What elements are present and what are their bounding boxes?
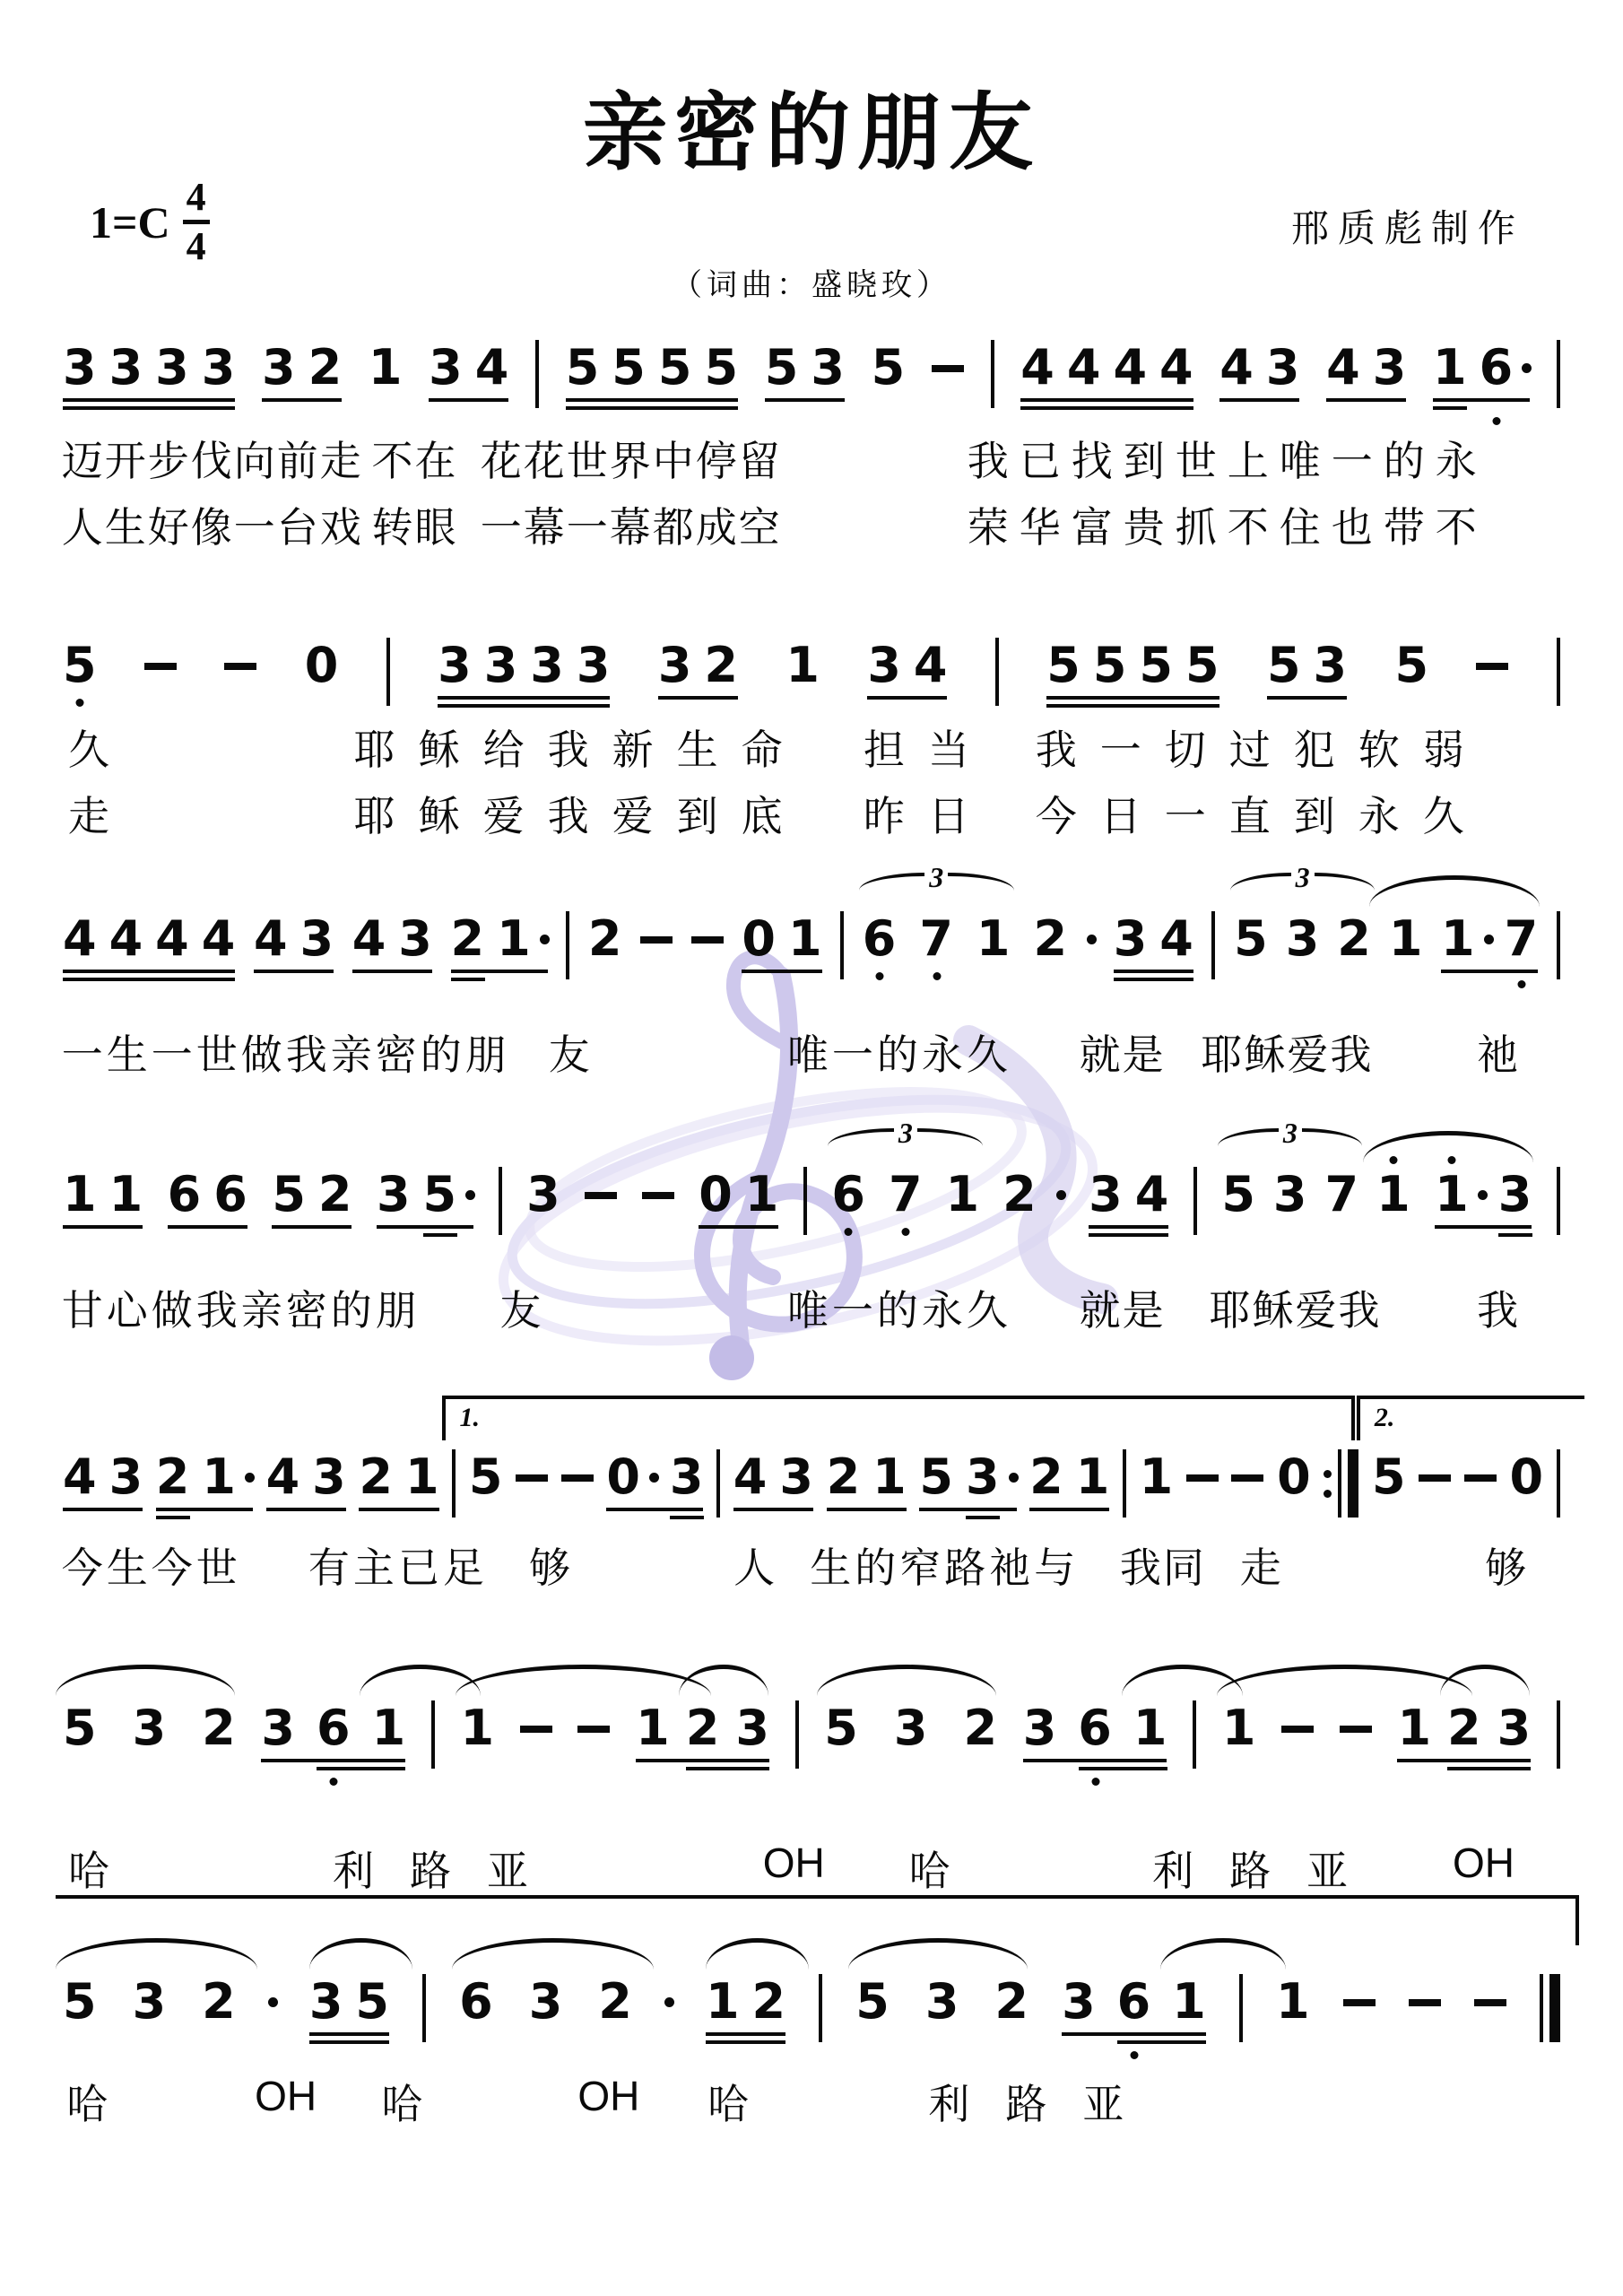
lyric-segment: 有主已足 (308, 1535, 488, 1595)
sub-beam (686, 1767, 769, 1770)
barline (535, 340, 539, 408)
note: 6 (213, 1170, 247, 1219)
note: 3 (300, 915, 334, 963)
lyrics-row: 人生好像一台戏转眼一幕一幕都成空荣华富贵抓不住也带不 (0, 495, 1623, 547)
low-octave-dot (1493, 417, 1501, 425)
note-group: 32 (262, 344, 342, 402)
note-group: 21 (827, 1453, 907, 1511)
note: 3 (261, 1704, 295, 1752)
dash-note (1419, 1474, 1451, 1482)
barline (566, 911, 569, 979)
note-group: 0 (305, 641, 339, 690)
note: 7 (1324, 1170, 1358, 1219)
lyric-segment: OH (255, 2072, 317, 2120)
note: 1 (1276, 1978, 1310, 2026)
lyric-segment: 友 (499, 1278, 541, 1337)
note-group: 2 (588, 915, 622, 963)
note: 5 (1234, 915, 1268, 963)
note: 1 (1433, 344, 1467, 392)
note-group: 43 (63, 1453, 143, 1511)
barline (716, 1449, 720, 1518)
note: 4 (63, 1453, 97, 1501)
barline (1557, 340, 1560, 408)
note-group: 67123 (831, 1170, 1063, 1219)
dash-note (561, 1474, 594, 1482)
composer-credit: （词曲：盛晓玫） (0, 260, 1623, 304)
note: 5 (1267, 641, 1301, 690)
volta-bracket (56, 1895, 1579, 1945)
note-group: 43 (266, 1453, 346, 1511)
lyric-segment: 利路亚 (333, 1839, 564, 1898)
slur-arc (679, 1665, 768, 1696)
low-octave-dot (1518, 980, 1526, 988)
note: 3 (577, 641, 611, 690)
note-group: 16 (1433, 344, 1530, 402)
lyric-segment: 就是 (1080, 1278, 1166, 1337)
note: 4 (1113, 344, 1147, 392)
note: 1 (785, 641, 820, 690)
note: 3 (1314, 641, 1348, 690)
note-group: 1 (461, 1704, 495, 1752)
note: 2 (1337, 915, 1371, 963)
final-barline (1540, 1974, 1560, 2042)
note-group: 532 (824, 1704, 997, 1752)
sheet-music-page: 亲密的朋友 1=C 4 4 邢质彪制作 （词曲：盛晓玫） 33333213455… (0, 0, 1623, 2296)
note: 4 (352, 915, 386, 963)
high-octave-dot (1448, 1156, 1456, 1164)
note-group: 34 (1089, 1170, 1168, 1237)
note: 1 (788, 915, 822, 963)
sub-beam (966, 1516, 1000, 1519)
low-octave-dot (875, 972, 883, 980)
lyric-segment: 耶稣爱我 (1201, 1022, 1373, 1082)
note: 6 (168, 1170, 202, 1219)
note: 5 (704, 344, 738, 392)
note: 1 (1441, 915, 1475, 963)
augmentation-dot (1522, 363, 1532, 373)
note-group: 532 (63, 1978, 276, 2026)
note: 2 (1029, 1453, 1063, 1501)
sub-beam (1498, 1233, 1532, 1237)
note: 0 (1509, 1453, 1543, 1501)
slur-arc (817, 1665, 996, 1696)
augmentation-dot (1009, 1473, 1019, 1483)
note: 5 (872, 344, 906, 392)
arranger-credit: 邢质彪制作 (1291, 199, 1524, 253)
note: 4 (155, 915, 189, 963)
time-signature: 4 4 (183, 178, 210, 266)
note: 1 (636, 1704, 670, 1752)
note: 4 (733, 1453, 768, 1501)
note-group: 01 (742, 915, 821, 973)
music-line-6: 53236111235323611123 (63, 1704, 1560, 1785)
barline (452, 1449, 456, 1518)
note-group: 532 (855, 1978, 1028, 2026)
note: 6 (1480, 344, 1514, 392)
sub-beam (156, 1516, 190, 1519)
note: 2 (156, 1453, 190, 1501)
dash-note (1281, 1726, 1314, 1733)
note-group: 21 (1029, 1453, 1109, 1511)
barline (840, 911, 844, 979)
lyric-segment: 迈开步伐向前走 (62, 429, 363, 488)
barline (1557, 1449, 1560, 1518)
sub-beam (1079, 1767, 1167, 1770)
note: 7 (919, 915, 953, 963)
note: 3 (966, 1453, 1000, 1501)
sub-beam (317, 1767, 405, 1770)
note: 6 (831, 1170, 865, 1219)
note: 0 (606, 1453, 640, 1501)
note: 1 (1376, 1170, 1410, 1219)
note: 3 (1373, 344, 1407, 392)
augmentation-dot (1478, 1190, 1488, 1200)
music-line-2: 503333321345555535 (63, 641, 1560, 722)
dash-note (520, 1726, 552, 1733)
note: 4 (202, 915, 236, 963)
note: 1 (1133, 1704, 1167, 1752)
note: 3 (312, 1453, 346, 1501)
lyric-segment: 唯一的永久 (787, 1022, 1011, 1082)
barline (386, 638, 390, 706)
lyric-segment: OH (577, 2072, 639, 2120)
note: 5 (1139, 641, 1173, 690)
note: 4 (1067, 344, 1101, 392)
note: 3 (526, 1170, 560, 1219)
note: 1 (976, 915, 1011, 963)
note: 5 (63, 1704, 97, 1752)
note: 0 (742, 915, 776, 963)
low-octave-dot (933, 972, 941, 980)
note: 4 (914, 641, 948, 690)
note-group: 3 (526, 1170, 560, 1219)
lyric-segment: 够 (1485, 1535, 1526, 1595)
lyric-segment: 今日一直到永久 (1036, 784, 1488, 843)
note-group: 5 (469, 1453, 503, 1501)
note: 6 (1078, 1704, 1112, 1752)
note: 3 (398, 915, 432, 963)
note: 4 (1326, 344, 1360, 392)
note: 1 (1140, 1453, 1174, 1501)
barline (1211, 911, 1215, 979)
lyric-segment: 担当 (864, 717, 993, 777)
lyric-segment: 我 (1477, 1278, 1518, 1337)
lyric-segment: 走 (68, 784, 109, 843)
dash-note (1186, 1474, 1219, 1482)
note: 1 (706, 1978, 740, 2026)
note: 1 (109, 1170, 143, 1219)
dash-note (642, 1192, 674, 1199)
sub-beam (1433, 406, 1467, 410)
note: 5 (63, 641, 97, 690)
lyric-segment: OH (1453, 1839, 1515, 1887)
note: 3 (133, 1978, 167, 2026)
note: 3 (1089, 1170, 1123, 1219)
lyrics-row: 哈利路亚OH哈利路亚OH (0, 1839, 1623, 1891)
barline (995, 638, 999, 706)
note: 2 (1447, 1704, 1481, 1752)
barline (1557, 638, 1560, 706)
barline (1557, 911, 1560, 979)
note: 3 (530, 641, 564, 690)
lyric-segment: 转眼 (371, 495, 457, 554)
note: 3 (529, 1978, 563, 2026)
dash-note (577, 1726, 610, 1733)
lyric-segment: 唯一的永久 (787, 1278, 1011, 1337)
lyric-segment: 就是 (1080, 1022, 1166, 1082)
dash-note (691, 936, 724, 944)
note-group: 43 (352, 915, 432, 973)
barline (1193, 1167, 1197, 1235)
note: 3 (658, 641, 692, 690)
note: 3 (109, 1453, 143, 1501)
note: 1 (497, 915, 531, 963)
note: 3 (63, 344, 97, 392)
note-group: 34 (429, 344, 508, 402)
lyric-segment: 我已找到世上唯一的永 (968, 429, 1488, 488)
augmentation-dot (649, 1473, 659, 1483)
note: 2 (588, 915, 622, 963)
lyrics-row: 甘心做我亲密的朋友唯一的永久就是耶稣爱我我 (0, 1278, 1623, 1330)
note: 4 (1159, 344, 1193, 392)
dash-note (1409, 1999, 1441, 2006)
note: 1 (405, 1453, 439, 1501)
note-group: 53713 (1221, 1170, 1410, 1219)
time-signature-top: 4 (183, 178, 210, 224)
low-octave-dot (1131, 2051, 1139, 2059)
note-group: 0 (1509, 1453, 1543, 1501)
triplet-mark: 3 (1230, 863, 1375, 893)
note-group: 4444 (1020, 344, 1193, 410)
augmentation-dot (540, 935, 550, 944)
note: 6 (1117, 1978, 1151, 2026)
note: 3 (1062, 1978, 1096, 2026)
triplet-mark: 3 (859, 863, 1014, 893)
note-group: 123 (1397, 1704, 1531, 1762)
lyric-segment: 甘心做我亲密的朋 (62, 1278, 421, 1337)
lyric-segment: 久 (68, 717, 109, 777)
lyrics-row: 迈开步伐向前走不在花花世界中停留我已找到世上唯一的永 (0, 429, 1623, 481)
note-group: 43 (1326, 344, 1406, 402)
note-group: 123 (636, 1704, 769, 1762)
augmentation-dot (1087, 935, 1097, 944)
lyric-segment: 今生今世 (62, 1535, 241, 1595)
note-group: 632 (459, 1978, 673, 2026)
lyric-segment: 我一切过犯软弱 (1036, 717, 1488, 777)
note: 1 (1435, 1170, 1469, 1219)
note: 5 (1221, 1170, 1255, 1219)
song-title: 亲密的朋友 (0, 65, 1623, 186)
note: 3 (1497, 1704, 1532, 1752)
note: 3 (1114, 915, 1148, 963)
note: 5 (1046, 641, 1081, 690)
note: 1 (1389, 915, 1423, 963)
slur-arc (1440, 1665, 1530, 1696)
music-line-5: 432143215034321532110501.2. (63, 1453, 1560, 1534)
note-group: 12 (706, 1978, 785, 2044)
note: 2 (598, 1978, 632, 2026)
lyric-segment: OH (763, 1839, 825, 1887)
note: 1 (1222, 1704, 1256, 1752)
lyric-segment: 利路亚 (1152, 1839, 1384, 1898)
note: 3 (484, 641, 518, 690)
lyrics-row: 久耶稣给我新生命担当我一切过犯软弱 (0, 717, 1623, 770)
lyrics-row: 一生一世做我亲密的朋友唯一的永久就是耶稣爱我祂 (0, 1022, 1623, 1074)
note: 6 (459, 1978, 493, 2026)
sub-beam (451, 978, 485, 981)
low-octave-dot (76, 699, 84, 707)
note: 2 (1002, 1170, 1037, 1219)
note-group: 11 (63, 1170, 143, 1229)
dash-note (932, 365, 964, 372)
dash-note (1231, 1474, 1263, 1482)
barline (1123, 1449, 1126, 1518)
note: 7 (1505, 915, 1539, 963)
note: 2 (318, 1170, 352, 1219)
lyric-segment: 昨日 (864, 784, 993, 843)
low-octave-dot (1091, 1778, 1099, 1786)
note: 2 (1034, 915, 1068, 963)
note-group: 0 (1277, 1453, 1311, 1501)
note-group: 5555 (566, 344, 738, 410)
lyric-segment: 祂 (1477, 1022, 1518, 1082)
lyrics-row: 哈OH哈OH哈利路亚 (0, 2072, 1623, 2124)
music-line-3: 444443432120167123345321317 (63, 915, 1560, 996)
repeat-barline (1324, 1449, 1358, 1518)
note: 3 (202, 344, 236, 392)
note: 3 (1273, 1170, 1307, 1219)
dash-note (1343, 1999, 1376, 2006)
augmentation-dot (465, 1190, 475, 1200)
note: 2 (994, 1978, 1028, 2026)
note: 1 (369, 344, 403, 392)
note: 3 (894, 1704, 928, 1752)
note: 4 (1159, 915, 1193, 963)
barline (991, 340, 994, 408)
lyric-segment: 耶稣爱我 (1209, 1278, 1381, 1337)
note: 2 (752, 1978, 786, 2026)
note-group: 52 (272, 1170, 352, 1229)
note: 5 (919, 1453, 953, 1501)
augmentation-dot (664, 1997, 674, 2007)
lyric-segment: 哈 (381, 2072, 422, 2131)
note: 3 (867, 641, 901, 690)
note: 1 (202, 1453, 236, 1501)
key-signature: 1=C 4 4 (90, 178, 210, 266)
slur-arc (456, 1665, 711, 1696)
note-group: 53213 (1234, 915, 1422, 963)
note: 5 (855, 1978, 890, 2026)
dash-note (1476, 663, 1508, 670)
note: 3 (1286, 915, 1320, 963)
dash-note (516, 1474, 548, 1482)
note-group: 3333 (63, 344, 235, 410)
slur-arc (1217, 1665, 1472, 1696)
note: 5 (272, 1170, 306, 1219)
volta-bracket: 2. (1357, 1396, 1585, 1440)
slur-arc (1369, 875, 1540, 907)
lyric-segment: 利路亚 (928, 2072, 1159, 2131)
note: 0 (305, 641, 339, 690)
note: 5 (1372, 1453, 1406, 1501)
note: 3 (133, 1704, 167, 1752)
barline (422, 1974, 426, 2042)
note-group: 21 (359, 1453, 438, 1511)
note: 2 (963, 1704, 997, 1752)
note-group: 35 (377, 1170, 473, 1229)
note: 1 (372, 1704, 406, 1752)
triplet-mark: 3 (1218, 1118, 1362, 1149)
dash-note (1340, 1726, 1372, 1733)
note: 4 (1219, 344, 1254, 392)
barline (1193, 1700, 1196, 1769)
note-group: 53 (1267, 641, 1347, 700)
note: 3 (155, 344, 189, 392)
note-group: 5 (63, 641, 97, 690)
music-line-7: 53235632125323611 (63, 1978, 1560, 2058)
note-group: 1 (1140, 1453, 1174, 1501)
note-group: 43 (733, 1453, 813, 1511)
note: 4 (1135, 1170, 1169, 1219)
barline (1239, 1974, 1243, 2042)
note: 4 (1020, 344, 1055, 392)
note-group: 361 (261, 1704, 405, 1762)
sub-beam (423, 1233, 457, 1237)
note-group: 34 (867, 641, 947, 700)
note-group: 03 (606, 1453, 703, 1511)
barline (803, 1167, 807, 1235)
note: 3 (377, 1170, 411, 1219)
lyric-segment: 生的窄路祂与 (810, 1535, 1079, 1595)
note-group: 5 (1372, 1453, 1406, 1501)
note: 3 (309, 1978, 343, 2026)
note-group: 532 (63, 1704, 236, 1752)
note-group: 5 (1395, 641, 1429, 690)
low-octave-dot (845, 1228, 853, 1236)
augmentation-dot (1056, 1190, 1066, 1200)
note: 2 (451, 915, 485, 963)
sub-beam (670, 1516, 704, 1519)
dash-note (144, 663, 177, 670)
note: 4 (266, 1453, 300, 1501)
note: 3 (779, 1453, 813, 1501)
note-group: 1 (785, 641, 820, 690)
note: 5 (355, 1978, 389, 2026)
note: 3 (438, 641, 472, 690)
barline (1557, 1167, 1560, 1235)
note-group: 3333 (438, 641, 610, 708)
note: 6 (317, 1704, 351, 1752)
lyric-segment: 哈 (707, 2072, 749, 2131)
sub-beam (1447, 1767, 1531, 1770)
note: 3 (109, 344, 143, 392)
lyric-segment: 花花世界中停留 (481, 429, 782, 488)
lyric-segment: 耶稣给我新生命 (354, 717, 806, 777)
dash-note (585, 1192, 617, 1199)
barline (431, 1700, 435, 1769)
lyric-segment: 够 (529, 1535, 570, 1595)
note: 2 (686, 1704, 720, 1752)
note: 3 (670, 1453, 704, 1501)
note-group: 34 (1114, 915, 1193, 981)
key-label: 1=C (90, 196, 170, 248)
note-group: 1 (1222, 1704, 1256, 1752)
note: 1 (1076, 1453, 1110, 1501)
barline (1557, 1700, 1560, 1769)
note: 5 (824, 1704, 858, 1752)
note: 5 (423, 1170, 457, 1219)
dash-note (1464, 1474, 1497, 1482)
